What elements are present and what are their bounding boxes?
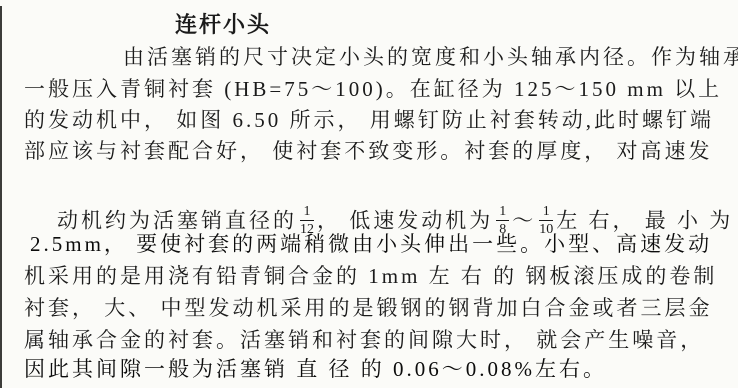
text-line-2: 一般压入青铜衬套 (HB=75～100)。在缸径为 125～150 mm 以上 bbox=[24, 76, 732, 102]
text-line-8: 衬套， 大、 中型发动机采用的是锻钢的钢背加白合金或者三层金 bbox=[24, 295, 732, 321]
text-line-6: 2.5mm， 要使衬套的两端稍微由小头伸出一些。小型、高速发动 bbox=[24, 231, 732, 257]
line5-segment-4: 左 右， 最 小 为 bbox=[556, 209, 733, 233]
line5-segment-1: 动机约为活塞销直径的 bbox=[57, 209, 297, 233]
text-line-4: 部应该与衬套配合好， 使衬套不致变形。衬套的厚度， 对高速发 bbox=[24, 138, 732, 164]
fraction-numerator: 1 bbox=[300, 204, 314, 221]
text-line-1: 由活塞销的尺寸决定小头的宽度和小头轴承内径。作为轴承 bbox=[24, 44, 732, 70]
text-line-7: 机采用的是用浇有铅青铜合金的 1mm 左 右 的 钢板滚压成的卷制 bbox=[24, 263, 732, 289]
section-title: 连杆小头 bbox=[175, 8, 271, 39]
text-line-9: 属轴承合金的衬套。活塞销和衬套的间隙大时， 就会产生噪音， bbox=[24, 327, 732, 353]
fraction-numerator: 1 bbox=[496, 204, 509, 221]
line5-segment-3: ～ bbox=[512, 209, 536, 233]
text-line-10: 因此其间隙一般为活塞销 直 径 的 0.06～0.08%左右。 bbox=[24, 356, 732, 382]
text-line-3: 的发动机中， 如图 6.50 所示， 用螺钉防止衬套转动,此时螺钉端 bbox=[24, 107, 732, 133]
scan-edge-line bbox=[0, 6, 2, 388]
scanned-document-page: 连杆小头 由活塞销的尺寸决定小头的宽度和小头轴承内径。作为轴承 一般压入青铜衬套… bbox=[0, 0, 738, 388]
fraction-numerator: 1 bbox=[539, 204, 553, 221]
line5-segment-2: ， 低速发动机为 bbox=[317, 209, 493, 233]
